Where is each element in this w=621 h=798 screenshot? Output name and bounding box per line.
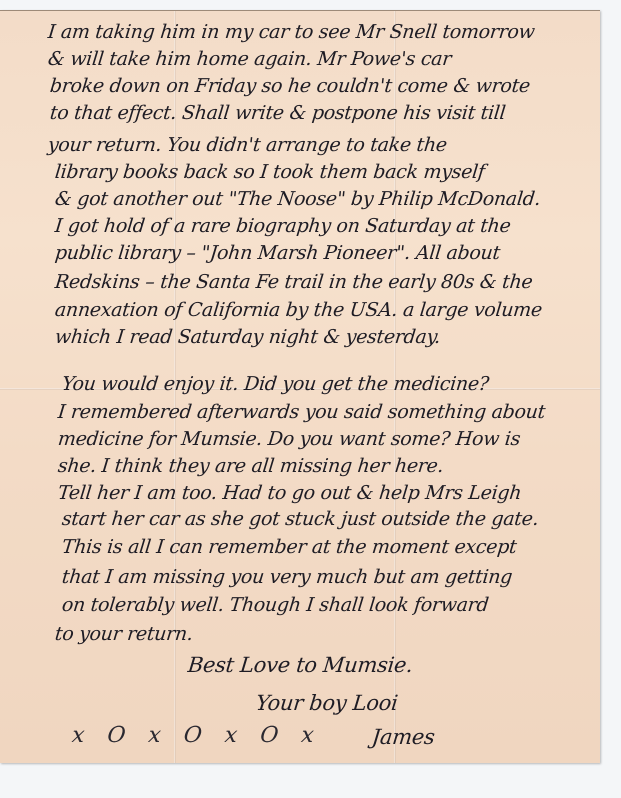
letter-line: Redskins – the Santa Fe trail in the ear…	[54, 271, 534, 293]
letter-line: library books back so I took them back m…	[54, 161, 486, 183]
letter-line: that I am missing you very much but am g…	[61, 566, 513, 588]
letter-page: I am taking him in my car to see Mr Snel…	[0, 10, 600, 763]
signature: James	[371, 725, 436, 749]
letter-line: annexation of California by the USA. a l…	[54, 299, 543, 321]
valediction: Your boy Looi	[255, 691, 399, 715]
letter-line: broke down on Friday so he couldn't come…	[49, 75, 531, 97]
letter-line: on tolerably well. Though I shall look f…	[61, 594, 490, 616]
letter-line: & will take him home again. Mr Powe's ca…	[47, 48, 452, 70]
letter-line: This is all I can remember at the moment…	[61, 536, 518, 558]
letter-line: she. I think they are all missing her he…	[57, 455, 445, 477]
letter-line: I got hold of a rare biography on Saturd…	[54, 215, 512, 237]
letter-line: to your return.	[54, 623, 194, 645]
letter-line: start her car as she got stuck just outs…	[61, 508, 540, 530]
letter-line: I remembered afterwards you said somethi…	[57, 401, 546, 423]
letter-line: Tell her I am too. Had to go out & help …	[57, 482, 523, 504]
letter-line: & got another out "The Noose" by Philip …	[54, 188, 542, 210]
letter-line: which I read Saturday night & yesterday.	[54, 326, 442, 348]
letter-line: your return. You didn't arrange to take …	[47, 134, 448, 156]
kisses-mark: x O x O x O x	[71, 723, 323, 748]
letter-line: public library – "John Marsh Pioneer". A…	[54, 242, 501, 264]
closing-line: Best Love to Mumsie.	[187, 653, 414, 677]
letter-line: I am taking him in my car to see Mr Snel…	[47, 21, 536, 43]
letter-text: I am taking him in my car to see Mr Snel…	[0, 11, 600, 763]
letter-line: medicine for Mumsie. Do you want some? H…	[57, 428, 521, 450]
letter-line: You would enjoy it. Did you get the medi…	[61, 373, 490, 395]
letter-line: to that effect. Shall write & postpone h…	[49, 102, 507, 124]
